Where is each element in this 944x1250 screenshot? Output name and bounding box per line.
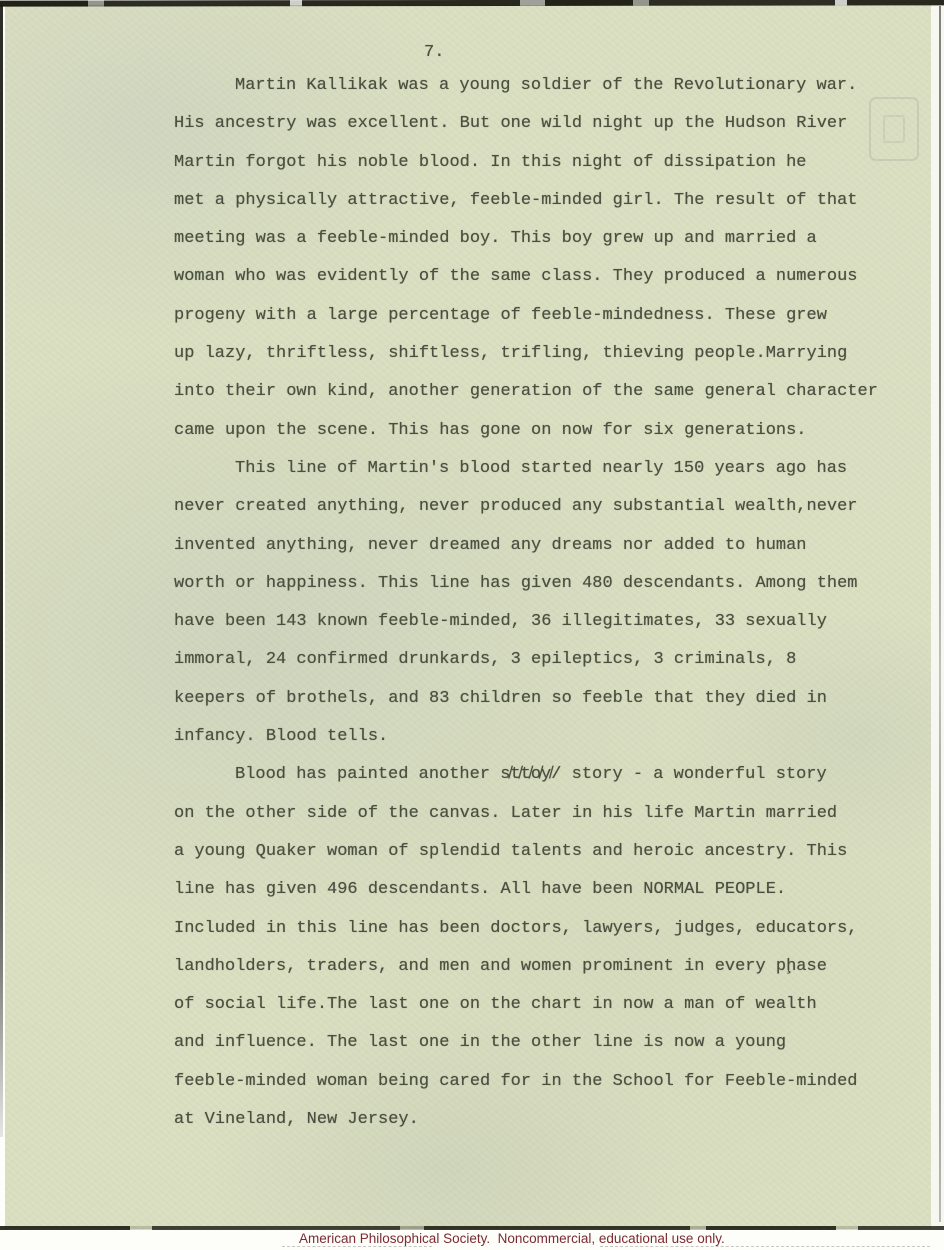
typed-line: at Vineland, New Jersey. bbox=[174, 1101, 914, 1139]
typed-line: woman who was evidently of the same clas… bbox=[174, 258, 914, 296]
typed-line: Martin Kallikak was a young soldier of t… bbox=[174, 67, 914, 105]
typed-line: His ancestry was excellent. But one wild… bbox=[174, 105, 914, 143]
typed-text-block: Martin Kallikak was a young soldier of t… bbox=[174, 67, 914, 1139]
typed-line: into their own kind, another generation … bbox=[174, 373, 914, 411]
typed-line: Martin forgot his noble blood. In this n… bbox=[174, 144, 914, 182]
credit-line: American Philosophical Society. Noncomme… bbox=[299, 1231, 725, 1246]
typed-line: immoral, 24 confirmed drunkards, 3 epile… bbox=[174, 641, 914, 679]
typed-line: and influence. The last one in the other… bbox=[174, 1024, 914, 1062]
scan-edge-left bbox=[0, 5, 3, 1137]
typed-line: met a physically attractive, feeble-mind… bbox=[174, 182, 914, 220]
right-scan-strip bbox=[931, 0, 944, 1229]
typed-line: line has given 496 descendants. All have… bbox=[174, 871, 914, 909]
typed-line: have been 143 known feeble-minded, 36 il… bbox=[174, 603, 914, 641]
typed-line: infancy. Blood tells. bbox=[174, 718, 914, 756]
typed-line: feeble-minded woman being cared for in t… bbox=[174, 1063, 914, 1101]
typed-line: worth or happiness. This line has given … bbox=[174, 565, 914, 603]
typed-line: keepers of brothels, and 83 children so … bbox=[174, 680, 914, 718]
typed-line: up lazy, thriftless, shiftless, trifling… bbox=[174, 335, 914, 373]
typed-line: This line of Martin's blood started near… bbox=[174, 450, 914, 488]
embossed-stamp-inner bbox=[883, 115, 905, 143]
scan-edge-right bbox=[939, 6, 941, 1222]
page-number: 7. bbox=[424, 43, 444, 62]
typed-line: meeting was a feeble-minded boy. This bo… bbox=[174, 220, 914, 258]
typed-line: never created anything, never produced a… bbox=[174, 488, 914, 526]
document-page: 7. Martin Kallikak was a young soldier o… bbox=[5, 5, 931, 1229]
typed-line: of social life.The last one on the chart… bbox=[174, 986, 914, 1024]
page-bottom-edge bbox=[0, 1226, 944, 1230]
typed-line: landholders, traders, and men and women … bbox=[174, 948, 914, 986]
typed-line: Blood has painted another s̸t̸t̸o̸y̸/ st… bbox=[174, 756, 914, 794]
embossed-stamp-impression bbox=[869, 97, 919, 161]
scan-artifact-dashes bbox=[600, 1246, 930, 1247]
typed-line: a young Quaker woman of splendid talents… bbox=[174, 833, 914, 871]
scan-artifact-dashes bbox=[282, 1246, 432, 1247]
typed-line: progeny with a large percentage of feebl… bbox=[174, 297, 914, 335]
typed-line: on the other side of the canvas. Later i… bbox=[174, 795, 914, 833]
typed-line: Included in this line has been doctors, … bbox=[174, 910, 914, 948]
typed-line: invented anything, never dreamed any dre… bbox=[174, 527, 914, 565]
typed-line: came upon the scene. This has gone on no… bbox=[174, 412, 914, 450]
